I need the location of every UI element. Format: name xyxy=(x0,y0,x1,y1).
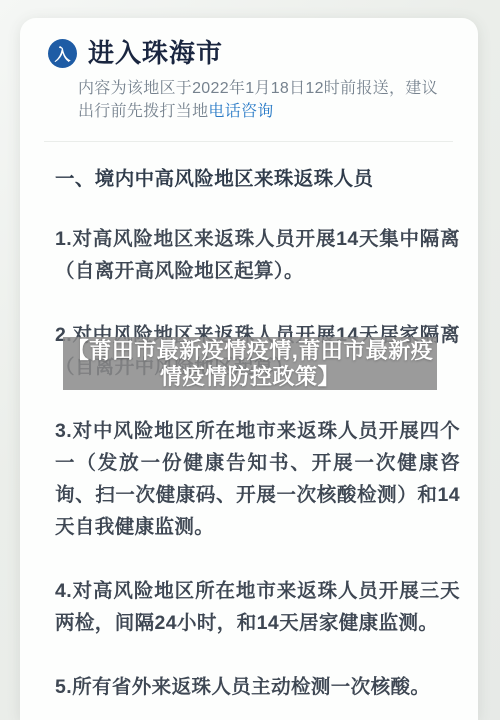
section-heading: 一、境内中高风险地区来珠返珠人员 xyxy=(55,163,460,195)
watermark-line1: 【莆田市最新疫情疫情,莆田市最新疫 xyxy=(67,338,434,364)
policy-item-4: 4.对高风险地区所在地市来返珠人员开展三天两检，间隔24小时，和14天居家健康监… xyxy=(55,575,460,639)
policy-item-3: 3.对中风险地区所在地市来返珠人员开展四个一（发放一份健康告知书、开展一次健康咨… xyxy=(55,415,460,543)
report-time-note: 内容为该地区于2022年1月18日12时前报送，建议 出行前先拨打当地电话咨询 xyxy=(78,77,460,123)
policy-item-1: 1.对高风险地区来返珠人员开展14天集中隔离（自离开高风险地区起算）。 xyxy=(55,223,460,287)
watermark-line2: 情疫情防控政策】 xyxy=(160,364,340,390)
card-header: 入 进入珠海市 xyxy=(20,18,478,68)
note-line1: 内容为该地区于2022年1月18日12时前报送，建议 xyxy=(78,80,438,97)
enter-icon-glyph: 入 xyxy=(54,42,70,65)
page-title: 进入珠海市 xyxy=(88,38,223,68)
policy-content: 一、境内中高风险地区来珠返珠人员 1.对高风险地区来返珠人员开展14天集中隔离（… xyxy=(20,142,478,703)
policy-item-5: 5.所有省外来返珠人员主动检测一次核酸。 xyxy=(55,671,460,703)
note-line2: 出行前先拨打当地 xyxy=(78,103,208,120)
enter-city-icon: 入 xyxy=(48,39,77,68)
phone-consult-link[interactable]: 电话咨询 xyxy=(208,103,273,120)
watermark-overlay: 【莆田市最新疫情疫情,莆田市最新疫 情疫情防控政策】 xyxy=(63,337,437,390)
